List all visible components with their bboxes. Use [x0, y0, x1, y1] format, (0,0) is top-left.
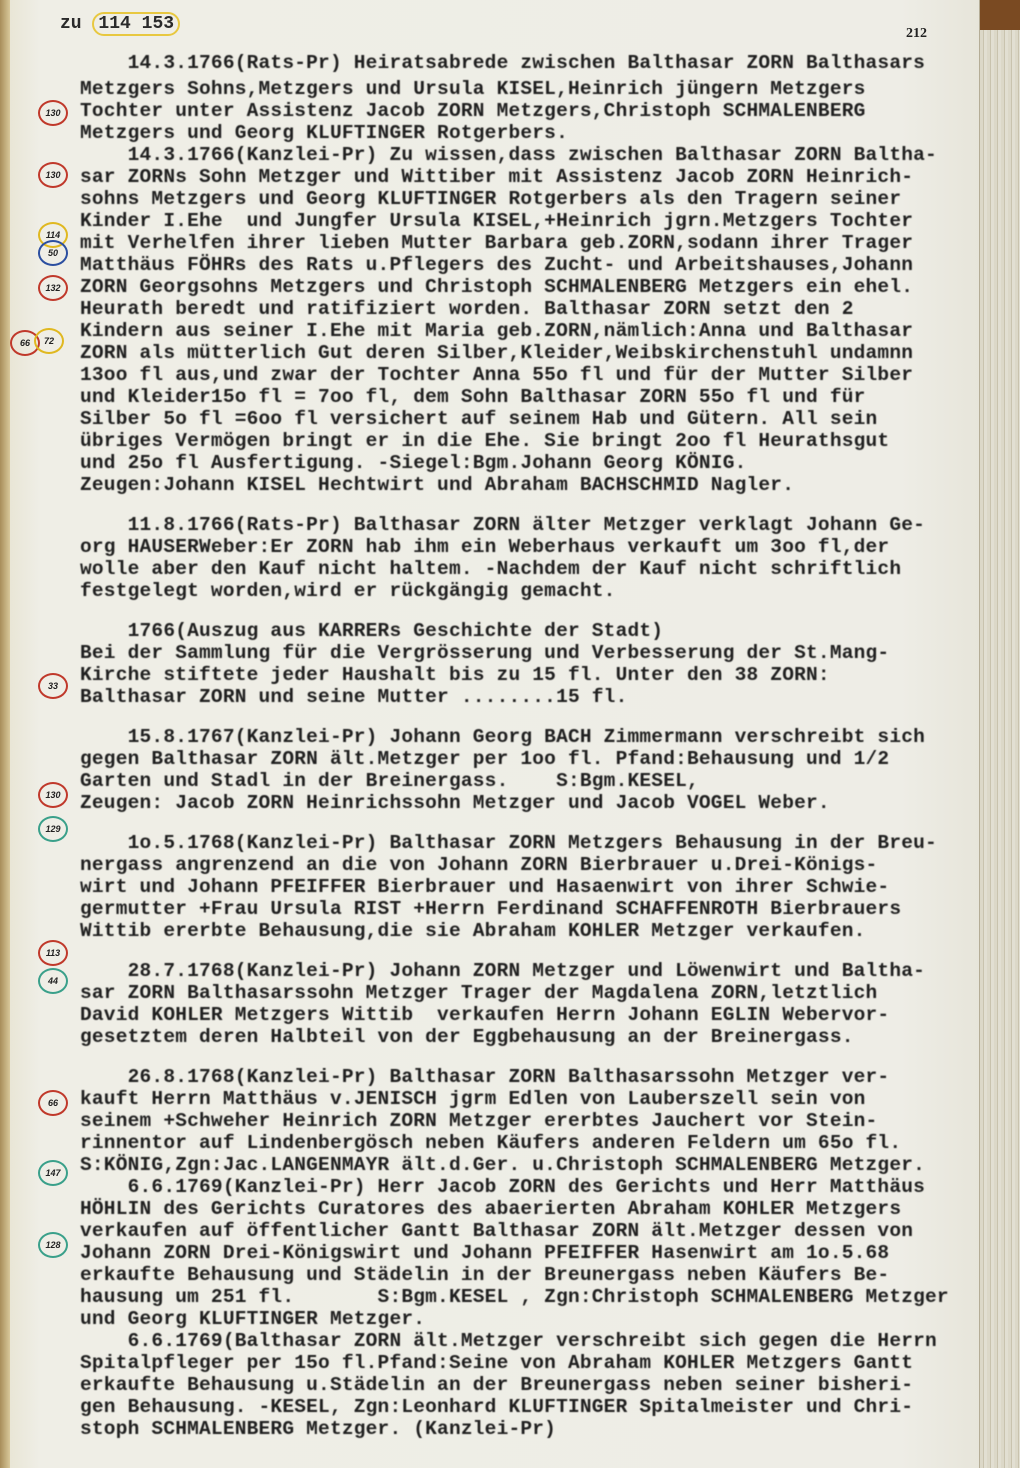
text-line: kauft Herrn Matthäus v.JENISCH jgrm Edle…	[80, 1088, 866, 1110]
text-line: und 25o fl Ausfertigung. -Siegel:Bgm.Joh…	[80, 452, 747, 474]
margin-reference-note: 33	[38, 673, 68, 699]
text-line: Bei der Sammlung für die Vergrösserung u…	[80, 642, 889, 664]
reference-a: 114	[98, 14, 130, 34]
text-line: HÖHLIN des Gerichts Curatores des abaeri…	[80, 1198, 901, 1220]
text-line: verkaufen auf öffentlicher Gantt Balthas…	[80, 1220, 913, 1242]
text-line: übriges Vermögen bringt er in die Ehe. S…	[80, 430, 889, 452]
text-line: 14.3.1766(Kanzlei-Pr) Zu wissen,dass zwi…	[80, 144, 937, 166]
text-line: 15.8.1767(Kanzlei-Pr) Johann Georg BACH …	[80, 726, 925, 748]
text-line: und Georg KLUFTINGER Metzger.	[80, 1308, 425, 1330]
text-line: Zeugen: Jacob ZORN Heinrichssohn Metzger…	[80, 792, 830, 814]
margin-reference-note: 132	[38, 275, 68, 301]
margin-reference-note: 113	[38, 940, 68, 966]
text-line: 14.3.1766(Rats-Pr) Heiratsabrede zwische…	[80, 52, 925, 74]
text-line: Kindern aus seiner I.Ehe mit Maria geb.Z…	[80, 320, 913, 342]
text-line: erkaufte Behausung u.Städelin an der Bre…	[80, 1374, 913, 1396]
text-line: erkaufte Behausung und Städelin in der B…	[80, 1264, 889, 1286]
margin-reference-note: 147	[38, 1160, 68, 1186]
book-binding	[0, 0, 10, 1468]
margin-reference-note: 128	[38, 1232, 68, 1258]
text-line: festgelegt worden,wird er rückgängig gem…	[80, 580, 616, 602]
page-edges	[979, 0, 1020, 1468]
text-line: 28.7.1768(Kanzlei-Pr) Johann ZORN Metzge…	[80, 960, 925, 982]
text-line: Johann ZORN Drei-Königswirt und Johann P…	[80, 1242, 889, 1264]
text-line: 6.6.1769(Balthasar ZORN ält.Metzger vers…	[80, 1330, 937, 1352]
text-line: gesetztem deren Halbteil von der Eggbeha…	[80, 1026, 854, 1048]
text-line: sar ZORN Balthasarssohn Metzger Trager d…	[80, 982, 877, 1004]
text-line: sar ZORNs Sohn Metzger und Wittiber mit …	[80, 166, 913, 188]
text-line: Metzgers Sohns,Metzgers und Ursula KISEL…	[80, 78, 866, 100]
reference-prefix: zu	[60, 14, 82, 34]
text-line: org HAUSERWeber:Er ZORN hab ihm ein Webe…	[80, 536, 889, 558]
text-line: ZORN als mütterlich Gut deren Silber,Kle…	[80, 342, 913, 364]
text-line: Zeugen:Johann KISEL Hechtwirt und Abraha…	[80, 474, 794, 496]
page-number: 212	[906, 26, 927, 42]
text-line: und Kleider15o fl = 7oo fl, dem Sohn Bal…	[80, 386, 866, 408]
reference-header: zu 114 153	[60, 12, 180, 36]
text-line: David KOHLER Metzgers Wittib verkaufen H…	[80, 1004, 889, 1026]
text-line: Garten und Stadl in der Breinergass. S:B…	[80, 770, 699, 792]
margin-reference-note: 130	[38, 782, 68, 808]
text-line: 26.8.1768(Kanzlei-Pr) Balthasar ZORN Bal…	[80, 1066, 889, 1088]
text-line: Balthasar ZORN und seine Mutter ........…	[80, 686, 628, 708]
margin-reference-note: 130	[38, 162, 68, 188]
text-line: seinem +Schweher Heinrich ZORN Metzger e…	[80, 1110, 877, 1132]
text-line: 1766(Auszug aus KARRERs Geschichte der S…	[80, 620, 663, 642]
text-line: Silber 5o fl =6oo fl versichert auf sein…	[80, 408, 877, 430]
reference-b: 153	[142, 14, 174, 34]
text-line: gegen Balthasar ZORN ält.Metzger per 1oo…	[80, 748, 889, 770]
text-line: wirt und Johann PFEIFFER Bierbrauer und …	[80, 876, 889, 898]
text-line: wolle aber den Kauf nicht haltem. -Nachd…	[80, 558, 901, 580]
margin-reference-note: 50	[38, 240, 68, 266]
text-line: 13oo fl aus,und zwar der Tochter Anna 55…	[80, 364, 913, 386]
text-line: S:KÖNIG,Zgn:Jac.LANGENMAYR ält.d.Ger. u.…	[80, 1154, 925, 1176]
text-line: Kinder I.Ehe und Jungfer Ursula KISEL,+H…	[80, 210, 913, 232]
text-line: Tochter unter Assistenz Jacob ZORN Metzg…	[80, 100, 866, 122]
text-line: nergass angrenzend an die von Johann ZOR…	[80, 854, 877, 876]
text-line: ZORN Georgsohns Metzgers und Christoph S…	[80, 276, 913, 298]
text-line: mit Verhelfen ihrer lieben Mutter Barbar…	[80, 232, 913, 254]
text-line: hausung um 251 fl. S:Bgm.KESEL , Zgn:Chr…	[80, 1286, 949, 1308]
margin-reference-note: 72	[34, 328, 64, 354]
text-line: Matthäus FÖHRs des Rats u.Pflegers des Z…	[80, 254, 913, 276]
text-line: Heurath beredt und ratifiziert worden. B…	[80, 298, 854, 320]
margin-reference-note: 129	[38, 816, 68, 842]
text-line: gen Behausung. -KESEL, Zgn:Leonhard KLUF…	[80, 1396, 913, 1418]
text-line: stoph SCHMALENBERG Metzger. (Kanzlei-Pr)	[80, 1418, 556, 1440]
text-line: 1o.5.1768(Kanzlei-Pr) Balthasar ZORN Met…	[80, 832, 937, 854]
text-line: Metzgers und Georg KLUFTINGER Rotgerbers…	[80, 122, 568, 144]
margin-reference-note: 66	[38, 1090, 68, 1116]
reference-numbers: 114 153	[92, 12, 180, 36]
text-line: 11.8.1766(Rats-Pr) Balthasar ZORN älter …	[80, 514, 925, 536]
text-line: Wittib ererbte Behausung,die sie Abraham…	[80, 920, 866, 942]
text-line: sohns Metzgers und Georg KLUFTINGER Rotg…	[80, 188, 901, 210]
text-line: Spitalpfleger per 15o fl.Pfand:Seine von…	[80, 1352, 913, 1374]
text-line: germutter +Frau Ursula RIST +Herrn Ferdi…	[80, 898, 901, 920]
margin-reference-note: 44	[38, 968, 68, 994]
book-page: zu 114 153 212 14.3.1766(Rats-Pr) Heirat…	[0, 0, 1020, 1468]
text-line: 6.6.1769(Kanzlei-Pr) Herr Jacob ZORN des…	[80, 1176, 925, 1198]
text-line: Kirche stiftete jeder Haushalt bis zu 15…	[80, 664, 830, 686]
text-line: rinnentor auf Lindenbergösch neben Käufe…	[80, 1132, 901, 1154]
margin-reference-note: 130	[38, 100, 68, 126]
